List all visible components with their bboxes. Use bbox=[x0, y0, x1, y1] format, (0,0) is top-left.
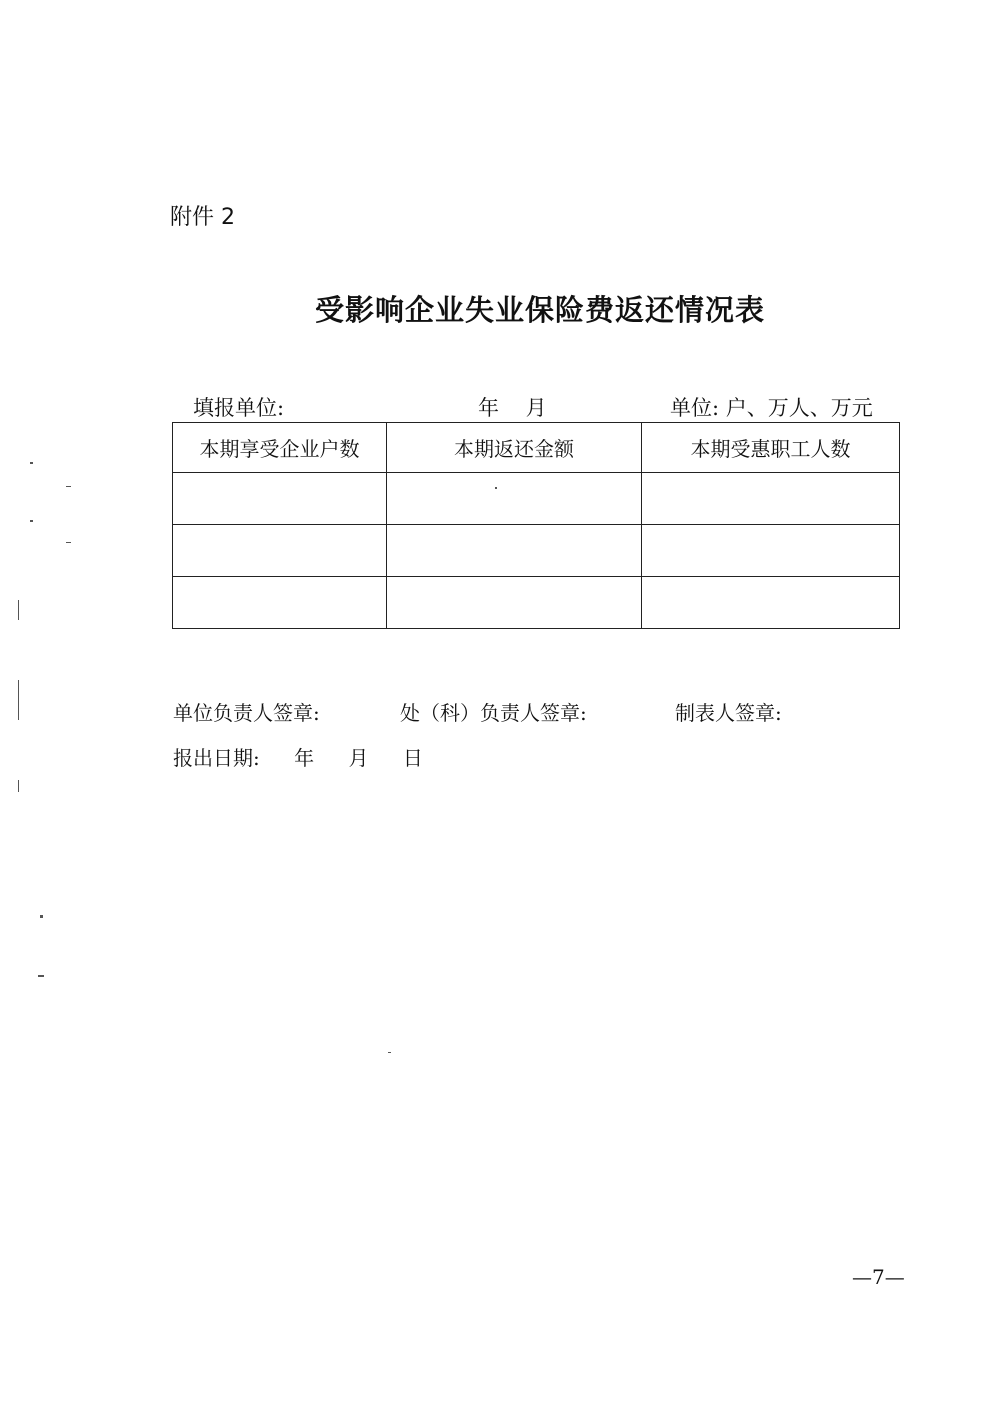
document-title: 受影响企业失业保险费返还情况表 bbox=[315, 288, 765, 329]
units-label: 单位: 户、万人、万元 bbox=[670, 392, 873, 422]
dept-head-signature-label: 处（科）负责人签章: bbox=[400, 697, 587, 726]
scan-speck bbox=[66, 542, 71, 543]
report-date-month: 月 bbox=[348, 746, 368, 770]
table-cell bbox=[173, 473, 387, 525]
scan-speck bbox=[30, 462, 33, 464]
preparer-signature-label: 制表人签章: bbox=[675, 697, 782, 726]
scan-speck bbox=[30, 520, 33, 522]
table-header-row: 本期享受企业户数 本期返还金额 本期受惠职工人数 bbox=[173, 423, 900, 473]
scan-speck bbox=[40, 915, 43, 918]
scan-speck bbox=[18, 780, 19, 792]
scan-speck bbox=[495, 487, 497, 489]
scan-speck bbox=[38, 975, 44, 977]
table-cell bbox=[387, 525, 642, 577]
attachment-label: 附件 2 bbox=[170, 200, 235, 231]
table-row bbox=[173, 525, 900, 577]
table-row bbox=[173, 577, 900, 629]
table-cell bbox=[387, 473, 642, 525]
header-enterprise-count: 本期享受企业户数 bbox=[173, 423, 387, 473]
report-date-year: 年 bbox=[294, 746, 314, 770]
header-employee-count: 本期受惠职工人数 bbox=[642, 423, 900, 473]
report-date-label: 报出日期: bbox=[173, 746, 260, 770]
table-cell bbox=[387, 577, 642, 629]
header-refund-amount: 本期返还金额 bbox=[387, 423, 642, 473]
table-cell bbox=[642, 577, 900, 629]
reporting-period: 年 月 bbox=[478, 392, 547, 422]
scan-speck bbox=[18, 680, 19, 720]
scan-speck bbox=[18, 600, 19, 620]
scan-speck bbox=[66, 486, 71, 487]
table-cell bbox=[642, 525, 900, 577]
report-date: 报出日期: 年 月 日 bbox=[173, 742, 451, 771]
report-date-day: 日 bbox=[403, 746, 423, 770]
table-cell bbox=[173, 577, 387, 629]
refund-table: 本期享受企业户数 本期返还金额 本期受惠职工人数 bbox=[172, 422, 900, 629]
table-row bbox=[173, 473, 900, 525]
table-cell bbox=[173, 525, 387, 577]
page-number: —7— bbox=[852, 1265, 905, 1289]
table-cell bbox=[642, 473, 900, 525]
reporting-unit-label: 填报单位: bbox=[193, 392, 284, 422]
unit-head-signature-label: 单位负责人签章: bbox=[173, 697, 320, 726]
scan-speck bbox=[388, 1052, 391, 1053]
